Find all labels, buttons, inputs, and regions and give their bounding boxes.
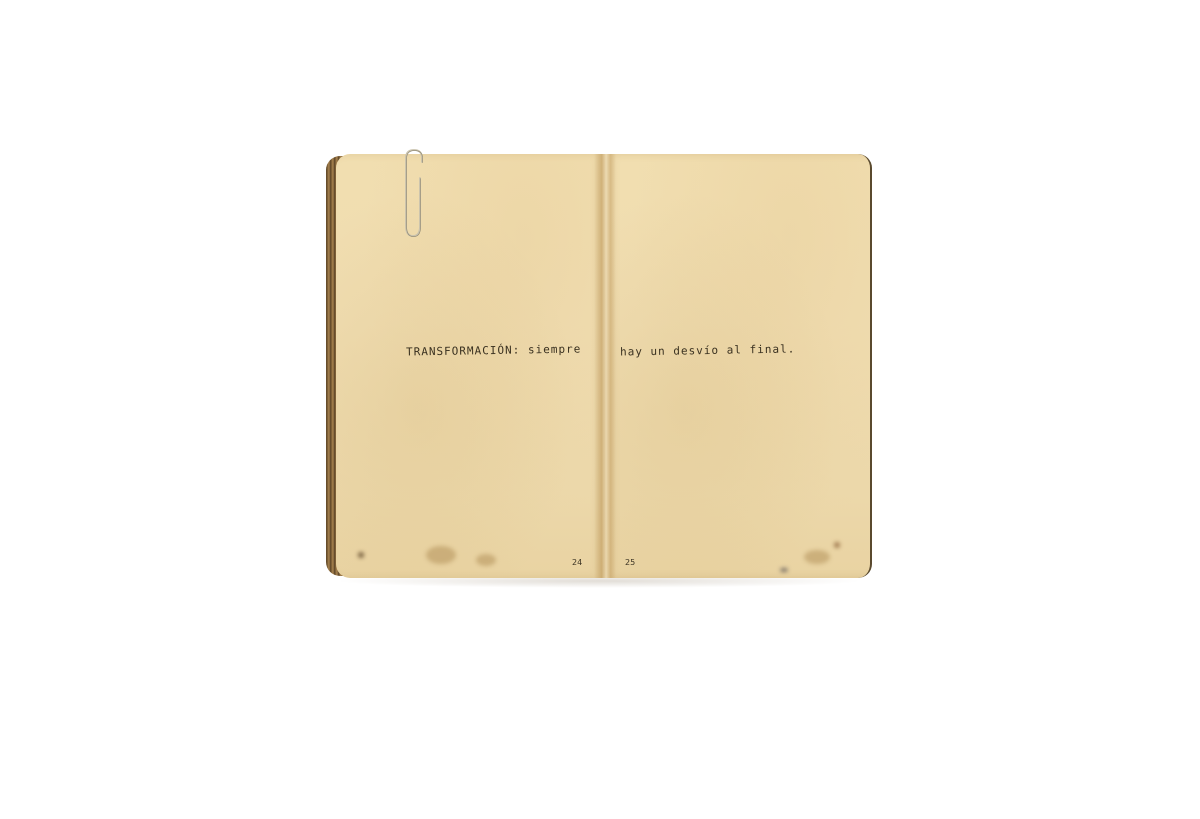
stain [804, 550, 830, 564]
stain [358, 552, 364, 558]
stain [426, 546, 456, 564]
notebook-spine [594, 154, 616, 578]
stain [476, 554, 496, 566]
paperclip-icon [404, 148, 428, 240]
notebook: TRANSFORMACIÓN: siempre hay un desvío al… [326, 154, 872, 578]
page-number-left: 24 [572, 558, 582, 567]
stain [834, 542, 840, 548]
left-page [336, 154, 604, 578]
page-number-right: 25 [625, 558, 635, 567]
right-page [604, 154, 872, 578]
stain [780, 568, 788, 572]
